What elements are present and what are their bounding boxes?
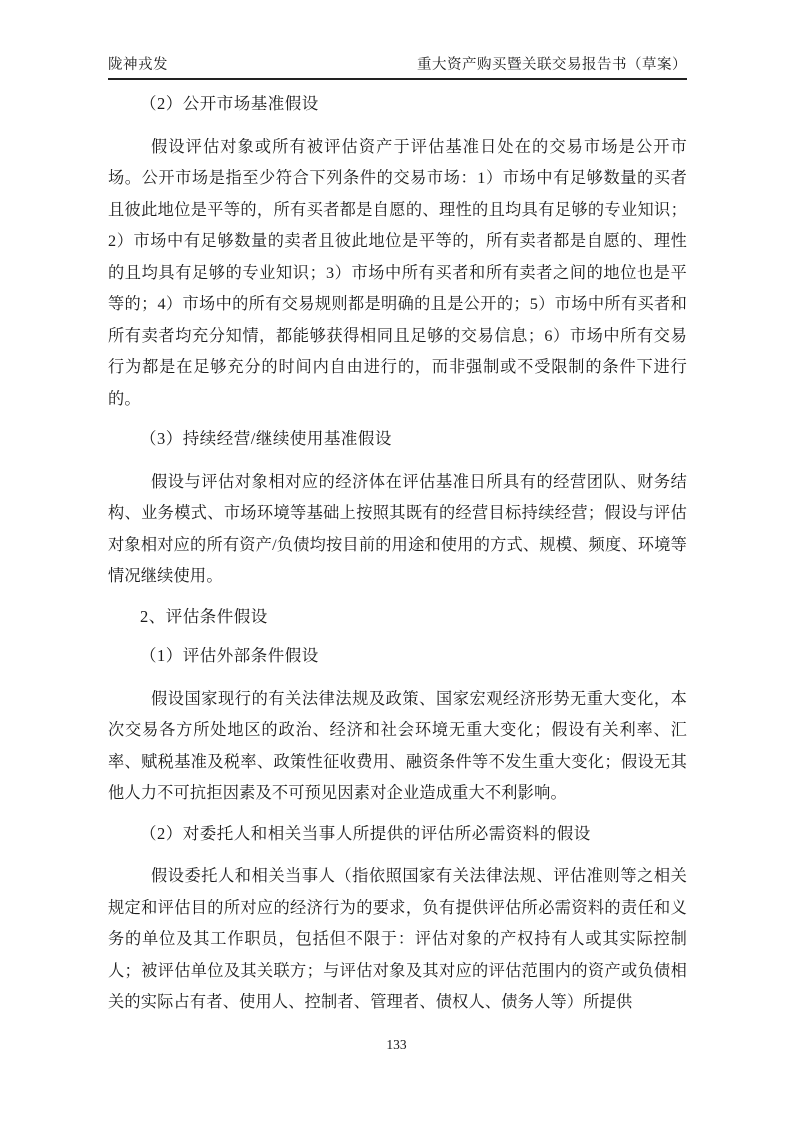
- header-report-title: 重大资产购买暨关联交易报告书（草案）: [417, 56, 687, 74]
- document-body: （2）公开市场基准假设假设评估对象或所有被评估资产于评估基准日处在的交易市场是公…: [108, 88, 687, 1019]
- document-page: 陇神戎发 重大资产购买暨关联交易报告书（草案） （2）公开市场基准假设假设评估对…: [0, 0, 793, 1122]
- section-heading: 2、评估条件假设: [140, 601, 687, 633]
- header-company-name: 陇神戎发: [108, 56, 168, 74]
- body-paragraph: 假设与评估对象相对应的经济体在评估基准日所具有的经营团队、财务结构、业务模式、市…: [108, 467, 687, 593]
- page-header-rule: 陇神戎发 重大资产购买暨关联交易报告书（草案）: [108, 56, 687, 80]
- section-heading: （3）持续经营/继续使用基准假设: [140, 423, 687, 455]
- page-header: 陇神戎发 重大资产购买暨关联交易报告书（草案）: [108, 0, 687, 80]
- body-paragraph: 假设国家现行的有关法律法规及政策、国家宏观经济形势无重大变化，本次交易各方所处地…: [108, 684, 687, 810]
- page-number: 133: [0, 1036, 793, 1054]
- section-heading: （2）对委托人和相关当事人所提供的评估所必需资料的假设: [140, 818, 687, 850]
- section-heading: （1）评估外部条件假设: [140, 640, 687, 672]
- body-paragraph: 假设委托人和相关当事人（指依照国家有关法律法规、评估准则等之相关规定和评估目的所…: [108, 861, 687, 1019]
- body-paragraph: 假设评估对象或所有被评估资产于评估基准日处在的交易市场是公开市场。公开市场是指至…: [108, 132, 687, 416]
- section-heading: （2）公开市场基准假设: [140, 88, 687, 120]
